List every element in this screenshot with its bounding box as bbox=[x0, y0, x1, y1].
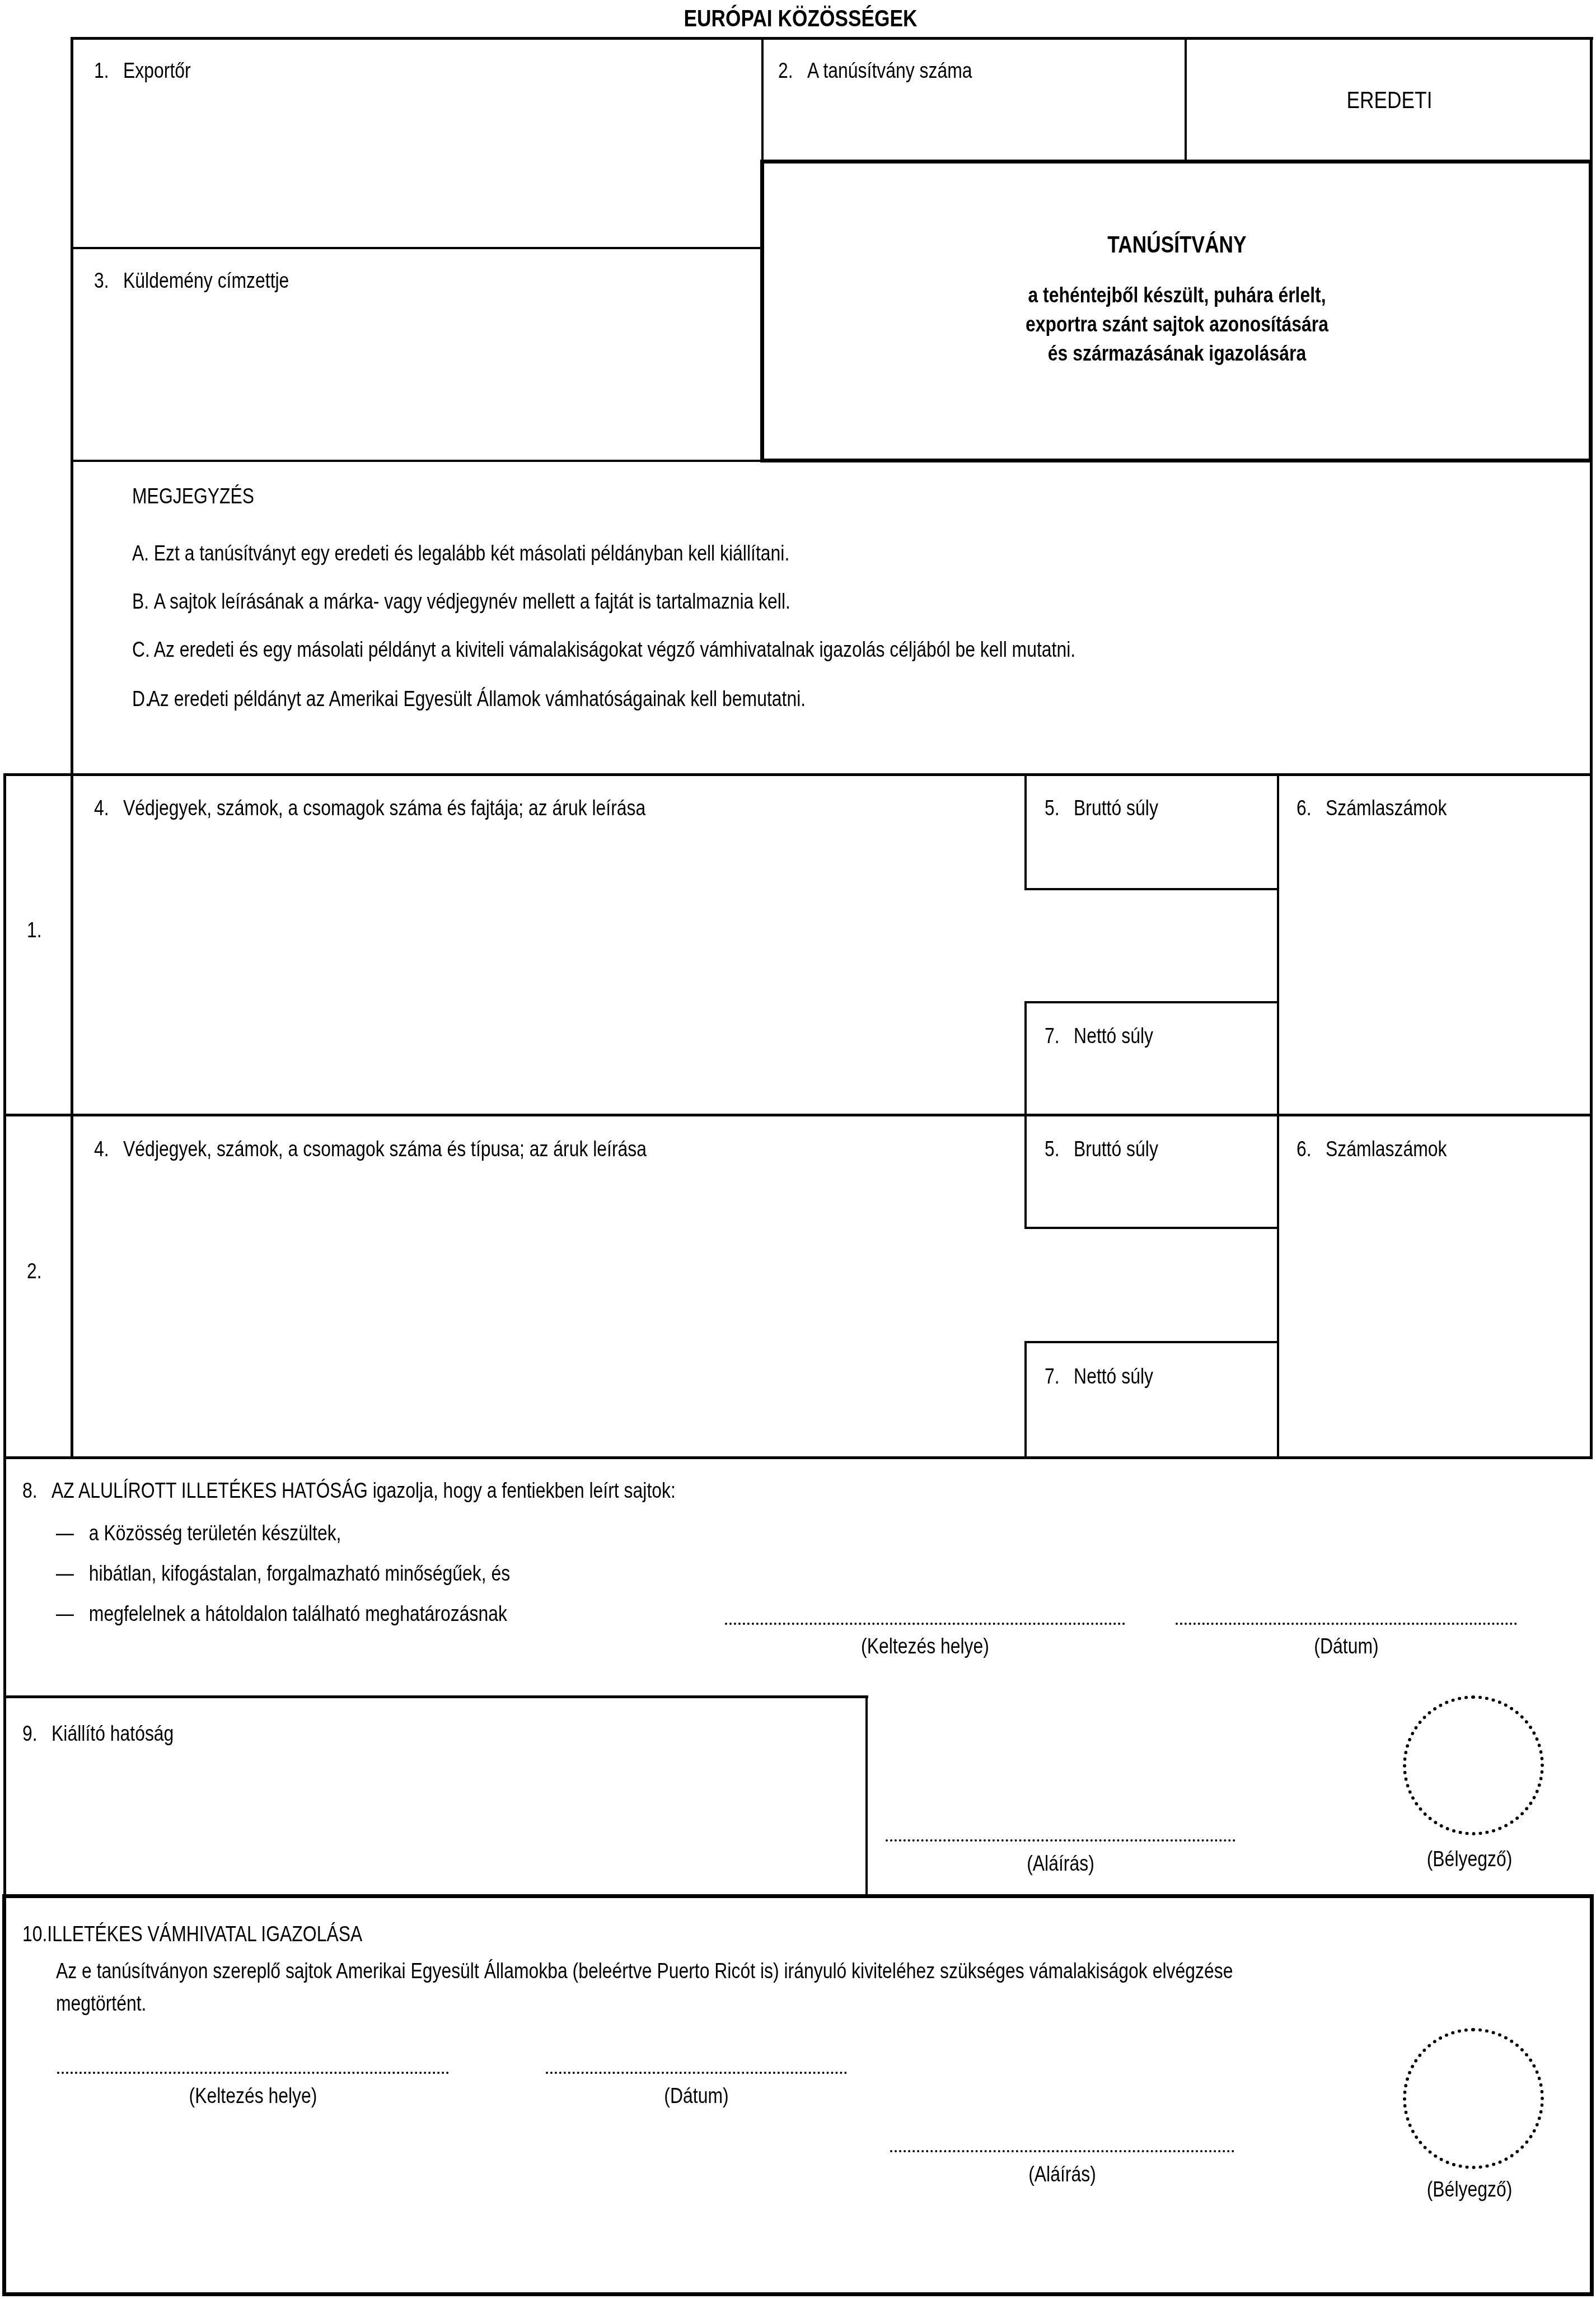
section-10-heading: 10.ILLETÉKES VÁMHIVATAL IGAZOLÁSA bbox=[22, 1924, 362, 1945]
field-gross-weight-label: 5.Bruttó súly bbox=[1045, 798, 1158, 819]
stamp-label: (Bélyegző) bbox=[1401, 1849, 1538, 1870]
certificate-subtitle-line: exportra szánt sajtok azonosítására bbox=[830, 314, 1524, 335]
field-exporter-label: 1.Exportőr bbox=[94, 60, 191, 82]
note-item: C.Az eredeti és egy másolati példányt a … bbox=[132, 639, 1075, 661]
field-consignee-label: 3.Küldemény címzettje bbox=[94, 270, 289, 292]
border bbox=[3, 1456, 1593, 1459]
document-title: EURÓPAI KÖZÖSSÉGEK bbox=[612, 7, 989, 30]
date-label: (Dátum) bbox=[570, 2086, 823, 2107]
border bbox=[3, 773, 1593, 776]
section-8-bullet: —megfelelnek a hátoldalon található megh… bbox=[56, 1604, 507, 1625]
item-index: 2. bbox=[27, 1261, 42, 1282]
item-2-description-field[interactable] bbox=[78, 1170, 1019, 1453]
certificate-title: TANÚSÍTVÁNY bbox=[830, 233, 1524, 256]
border bbox=[3, 1695, 868, 1698]
border bbox=[1185, 37, 1187, 162]
border bbox=[1024, 1227, 1279, 1229]
signature-label: (Aláírás) bbox=[914, 1853, 1207, 1875]
border bbox=[72, 460, 762, 462]
field-issuing-authority-label: 9.Kiállító hatóság bbox=[22, 1723, 174, 1745]
border bbox=[1024, 1001, 1279, 1003]
border bbox=[72, 37, 1593, 40]
note-item: B.A sajtok leírásának a márka- vagy védj… bbox=[132, 591, 790, 613]
border bbox=[1024, 888, 1279, 890]
exporter-field[interactable] bbox=[78, 90, 756, 244]
item-1-description-field[interactable] bbox=[78, 829, 1019, 1109]
field-description-label: 4.Védjegyek, számok, a csomagok száma és… bbox=[94, 798, 645, 819]
certificate-subtitle-line: és származásának igazolására bbox=[830, 343, 1524, 365]
section-10-text: Az e tanúsítványon szereplő sajtok Ameri… bbox=[56, 1961, 1233, 1982]
border bbox=[865, 1695, 868, 1897]
date-field[interactable] bbox=[546, 2072, 847, 2074]
place-label: (Keltezés helye) bbox=[757, 1636, 1093, 1657]
certificate-subtitle-line: a tehéntejből készült, puhára érlelt, bbox=[830, 285, 1524, 306]
section-8-bullet: —hibátlan, kifogástalan, forgalmazható m… bbox=[56, 1563, 510, 1585]
section-10-text: megtörtént. bbox=[56, 1993, 146, 2015]
signature-label: (Aláírás) bbox=[918, 2164, 1207, 2185]
field-invoice-numbers-label: 6.Számlaszámok bbox=[1297, 1139, 1447, 1160]
date-field[interactable] bbox=[1176, 1623, 1517, 1625]
item-2-gross-weight-field[interactable] bbox=[1030, 1167, 1274, 1223]
border bbox=[1024, 774, 1027, 890]
date-label: (Dátum) bbox=[1203, 1636, 1490, 1657]
item-1-net-weight-field[interactable] bbox=[1030, 1053, 1274, 1111]
border bbox=[3, 1114, 1593, 1116]
issuing-authority-field[interactable] bbox=[11, 1753, 859, 1890]
signature-field[interactable] bbox=[890, 2150, 1234, 2152]
note-item: D.Az eredeti példányt az Amerikai Egyesü… bbox=[132, 689, 806, 710]
certificate-title-box bbox=[760, 160, 1593, 462]
field-certificate-number-label: 2.A tanúsítvány száma bbox=[778, 60, 972, 82]
stamp-circle-icon bbox=[1403, 1695, 1544, 1835]
stamp-label: (Bélyegző) bbox=[1401, 2179, 1538, 2200]
field-net-weight-label: 7.Nettó súly bbox=[1045, 1026, 1153, 1047]
note-item: A.Ezt a tanúsítványt egy eredeti és lega… bbox=[132, 543, 789, 564]
consignee-field[interactable] bbox=[78, 302, 756, 454]
border bbox=[1024, 1341, 1027, 1457]
field-net-weight-label: 7.Nettó súly bbox=[1045, 1366, 1153, 1387]
section-8-heading: 8.AZ ALULÍROTT ILLETÉKES HATÓSÁG igazolj… bbox=[22, 1480, 676, 1502]
field-invoice-numbers-label: 6.Számlaszámok bbox=[1297, 798, 1447, 819]
item-index: 1. bbox=[27, 920, 42, 941]
place-field[interactable] bbox=[725, 1623, 1125, 1625]
section-8-bullet: —a Közösség területén készültek, bbox=[56, 1523, 341, 1544]
border bbox=[3, 773, 6, 1904]
item-2-net-weight-field[interactable] bbox=[1030, 1394, 1274, 1453]
border bbox=[71, 37, 73, 776]
dash-icon: — bbox=[56, 1604, 89, 1625]
item-1-invoice-numbers-field[interactable] bbox=[1283, 826, 1585, 1109]
certificate-number-field[interactable] bbox=[767, 90, 1181, 157]
dash-icon: — bbox=[56, 1563, 89, 1585]
stamp-circle-icon bbox=[1403, 2028, 1544, 2169]
notes-heading: MEGJEGYZÉS bbox=[132, 486, 254, 507]
field-description-label: 4.Védjegyek, számok, a csomagok száma és… bbox=[94, 1139, 647, 1160]
border bbox=[1024, 1341, 1279, 1343]
field-gross-weight-label: 5.Bruttó súly bbox=[1045, 1139, 1158, 1160]
signature-field[interactable] bbox=[886, 1839, 1235, 1842]
place-field[interactable] bbox=[57, 2072, 449, 2074]
item-2-invoice-numbers-field[interactable] bbox=[1283, 1167, 1585, 1453]
border bbox=[72, 247, 762, 249]
border bbox=[761, 37, 764, 162]
original-label: EREDETI bbox=[1219, 88, 1560, 112]
dash-icon: — bbox=[56, 1523, 89, 1544]
place-label: (Keltezés helye) bbox=[88, 2086, 418, 2107]
item-1-gross-weight-field[interactable] bbox=[1030, 826, 1274, 885]
